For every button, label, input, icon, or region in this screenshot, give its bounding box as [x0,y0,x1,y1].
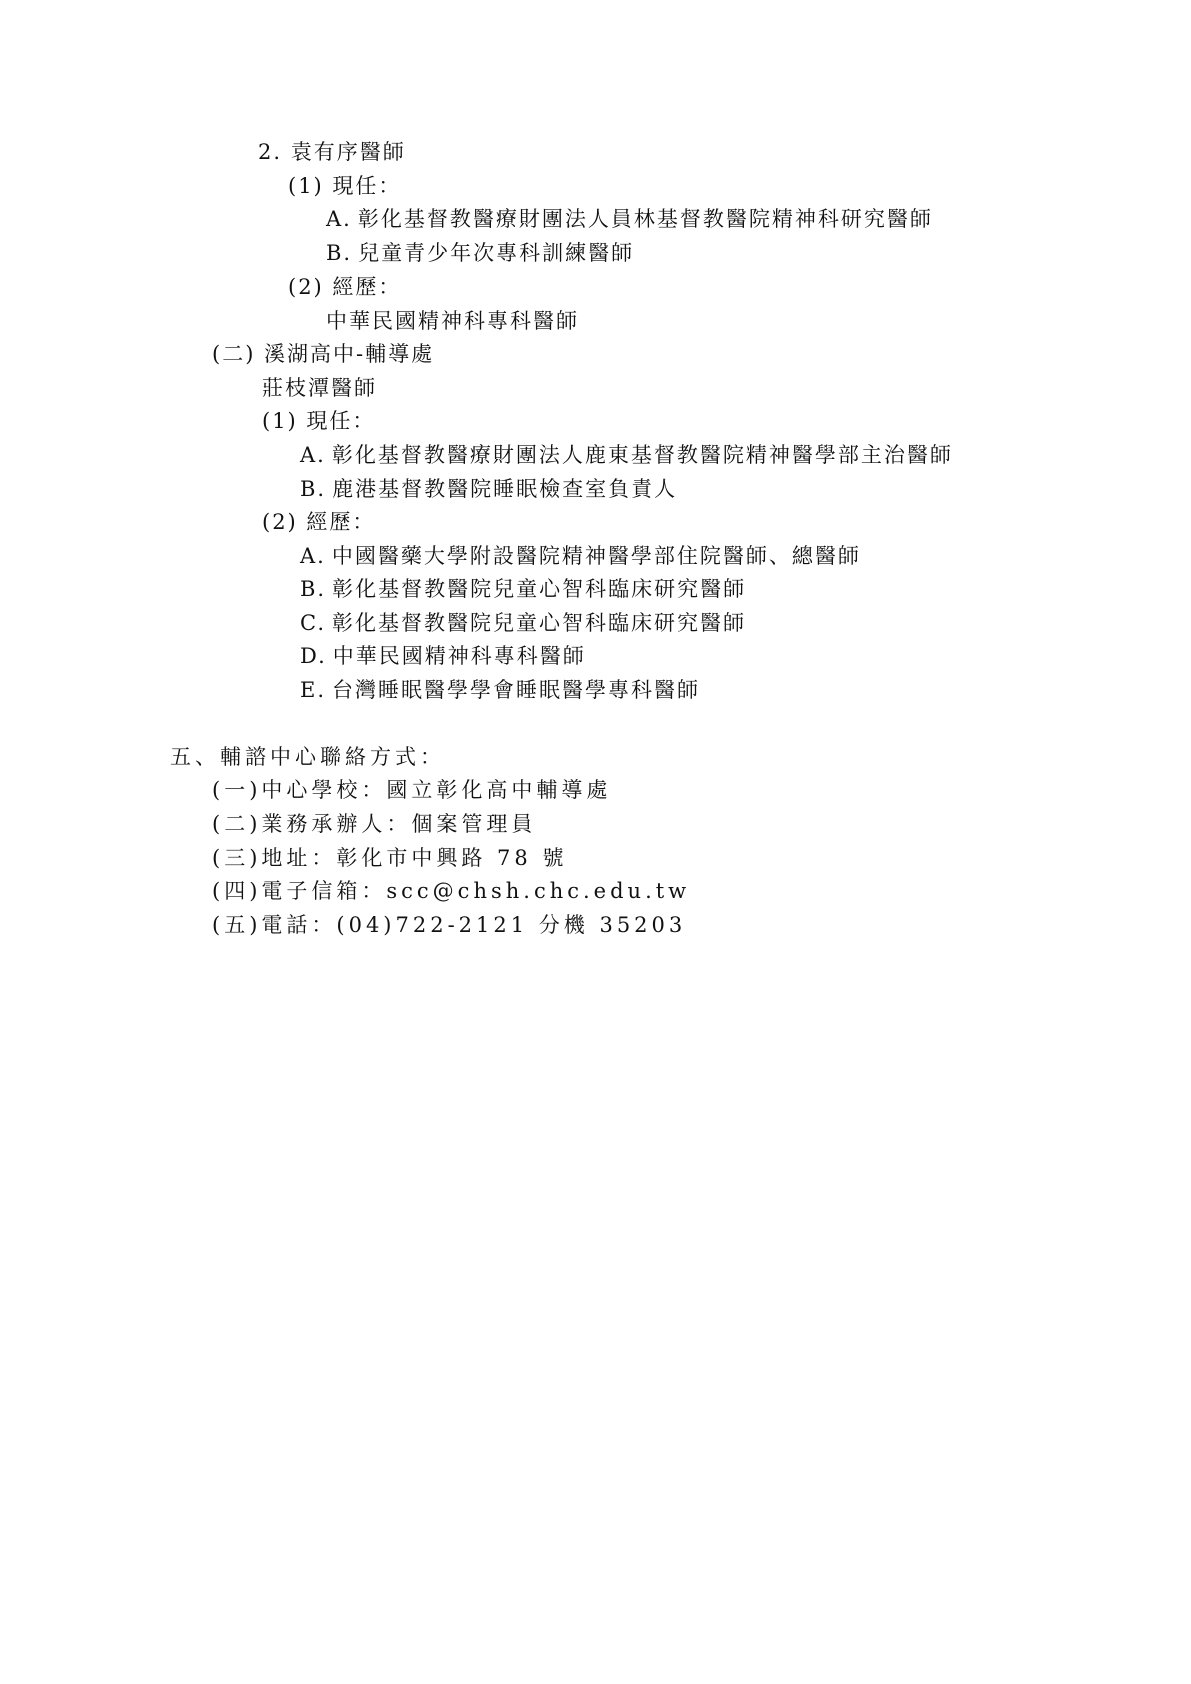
item-marker: B. [326,239,352,267]
item-text: 中國醫藥大學附設醫院精神醫學部住院醫師、總醫師 [332,544,861,568]
item-marker: A. [326,205,352,233]
list-item: A.中國醫藥大學附設醫院精神醫學部住院醫師、總醫師 [300,542,861,570]
experience-label: (2) 經歷： [288,273,401,301]
item-text: 彰化基督教醫院兒童心智科臨床研究醫師 [332,577,746,601]
contact-person: (二)業務承辦人：個案管理員 [212,810,536,838]
contact-school: (一)中心學校：國立彰化高中輔導處 [212,776,611,804]
list-item: A.彰化基督教醫療財團法人員林基督教醫院精神科研究醫師 [326,205,933,233]
doctor-heading: 2. 袁有序醫師 [258,138,406,166]
list-item: B.鹿港基督教醫院睡眠檢查室負責人 [300,475,677,503]
document-page: 2. 袁有序醫師 (1) 現任： A.彰化基督教醫療財團法人員林基督教醫院精神科… [0,0,1191,1684]
item-marker: E. [300,676,326,704]
contact-address: (三)地址：彰化市中興路 78 號 [212,844,567,872]
item-text: 中華民國精神科專科醫師 [333,644,586,668]
item-text: 彰化基督教醫療財團法人員林基督教醫院精神科研究醫師 [358,207,933,231]
list-item: D.中華民國精神科專科醫師 [300,642,586,670]
contact-email: (四)電子信箱：scc@chsh.chc.edu.tw [212,877,690,905]
item-marker: C. [300,609,326,637]
item-text: 彰化基督教醫院兒童心智科臨床研究醫師 [332,611,746,635]
list-item: 中華民國精神科專科醫師 [326,307,579,335]
item-marker: D. [300,642,327,670]
item-text: 彰化基督教醫療財團法人鹿東基督教醫院精神醫學部主治醫師 [332,443,953,467]
doctor-name: 莊枝潭醫師 [262,374,377,402]
list-item: A.彰化基督教醫療財團法人鹿東基督教醫院精神醫學部主治醫師 [300,441,953,469]
item-marker: B. [300,575,326,603]
list-item: B.兒童青少年次專科訓練醫師 [326,239,634,267]
item-marker: A. [300,441,326,469]
experience-label: (2) 經歷： [262,508,375,536]
item-text: 台灣睡眠醫學學會睡眠醫學專科醫師 [332,678,700,702]
item-text: 鹿港基督教醫院睡眠檢查室負責人 [332,477,677,501]
list-item: E.台灣睡眠醫學學會睡眠醫學專科醫師 [300,676,700,704]
item-text: 兒童青少年次專科訓練醫師 [358,241,634,265]
item-marker: A. [300,542,326,570]
section-heading: 五、輔諮中心聯絡方式： [170,743,445,771]
school-heading: (二) 溪湖高中-輔導處 [212,340,434,368]
list-item: B.彰化基督教醫院兒童心智科臨床研究醫師 [300,575,746,603]
item-marker: B. [300,475,326,503]
contact-phone: (五)電話：(04)722-2121 分機 35203 [212,911,686,939]
current-label: (1) 現任： [262,407,375,435]
current-label: (1) 現任： [288,172,401,200]
list-item: C.彰化基督教醫院兒童心智科臨床研究醫師 [300,609,746,637]
